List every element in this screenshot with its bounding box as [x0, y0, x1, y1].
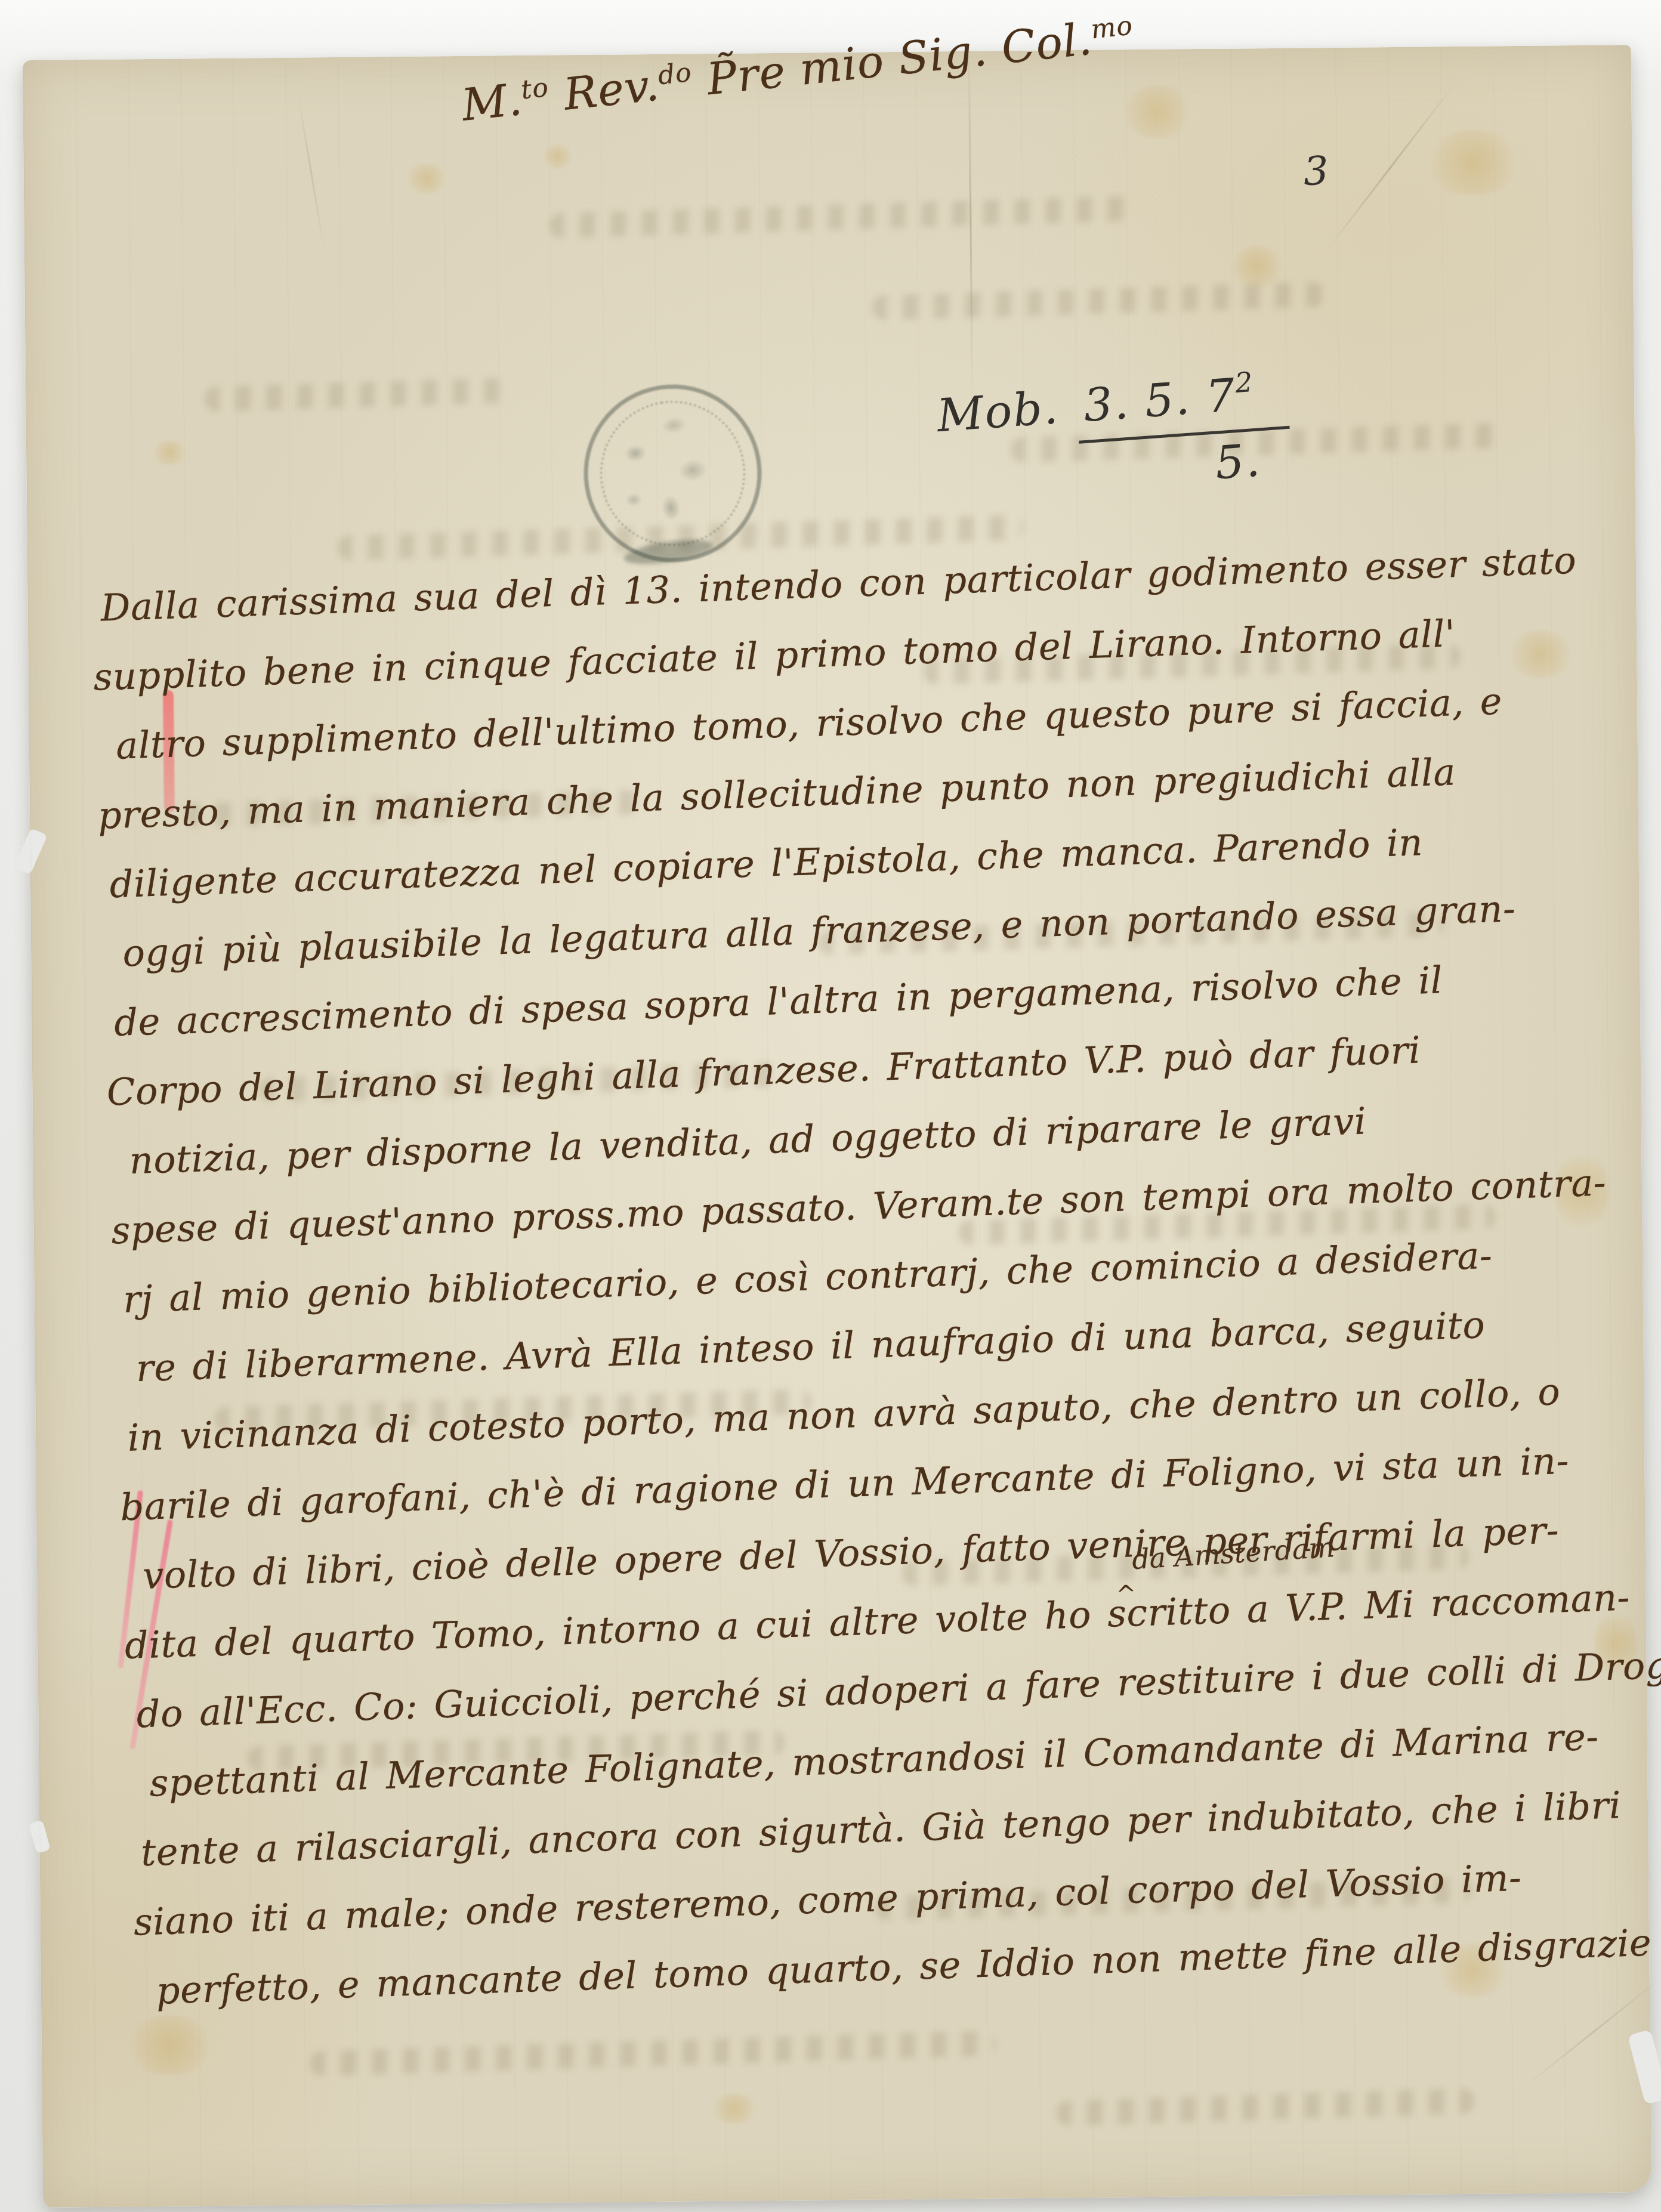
scan-background: M.to Rev.do P̃re mio Sig. Col.mo 3 Mob.3… [0, 0, 1661, 2212]
showthrough-smudge [1056, 2089, 1474, 2126]
showthrough-smudge [549, 196, 1134, 239]
salutation-part: Rev. [547, 59, 662, 122]
shelfmark-numerator: 3. 5. 72 [1075, 364, 1290, 444]
archival-shelfmark: Mob.3. 5. 725. [936, 364, 1294, 509]
letter-body: Dalla carissima sua del dì 13. intendo c… [90, 525, 1651, 2026]
foxing-stain [1230, 245, 1284, 288]
salutation-part: P̃re mio Sig. Col. [690, 13, 1094, 106]
pencil-crease [297, 91, 325, 251]
insertion-caret: ^ [1115, 1580, 1137, 1609]
foxing-stain [152, 440, 187, 465]
archival-page-number: 3 [1302, 147, 1329, 194]
showthrough-smudge [872, 282, 1326, 320]
shelfmark-fraction: 3. 5. 725. [1075, 364, 1293, 499]
torn-edge [1628, 2029, 1661, 2105]
foxing-stain [405, 163, 447, 194]
showthrough-smudge [205, 378, 515, 412]
salutation: M.to Rev.do P̃re mio Sig. Col.mo [459, 9, 1137, 131]
shelfmark-exponent: 2 [1234, 366, 1255, 399]
shelfmark-label: Mob. [936, 381, 1061, 442]
torn-edge [14, 828, 47, 875]
salutation-part: M. [459, 74, 525, 131]
letter-sheet: M.to Rev.do P̃re mio Sig. Col.mo 3 Mob.3… [23, 45, 1651, 2208]
foxing-stain [542, 144, 572, 168]
salutation-superscript: mo [1089, 10, 1134, 45]
foxing-stain [711, 2093, 758, 2124]
foxing-stain [1425, 129, 1521, 196]
foxing-stain [1120, 85, 1193, 139]
torn-edge [29, 1820, 51, 1854]
salutation-superscript: to [520, 72, 550, 106]
salutation-superscript: do [656, 57, 693, 91]
showthrough-smudge [310, 2030, 997, 2076]
